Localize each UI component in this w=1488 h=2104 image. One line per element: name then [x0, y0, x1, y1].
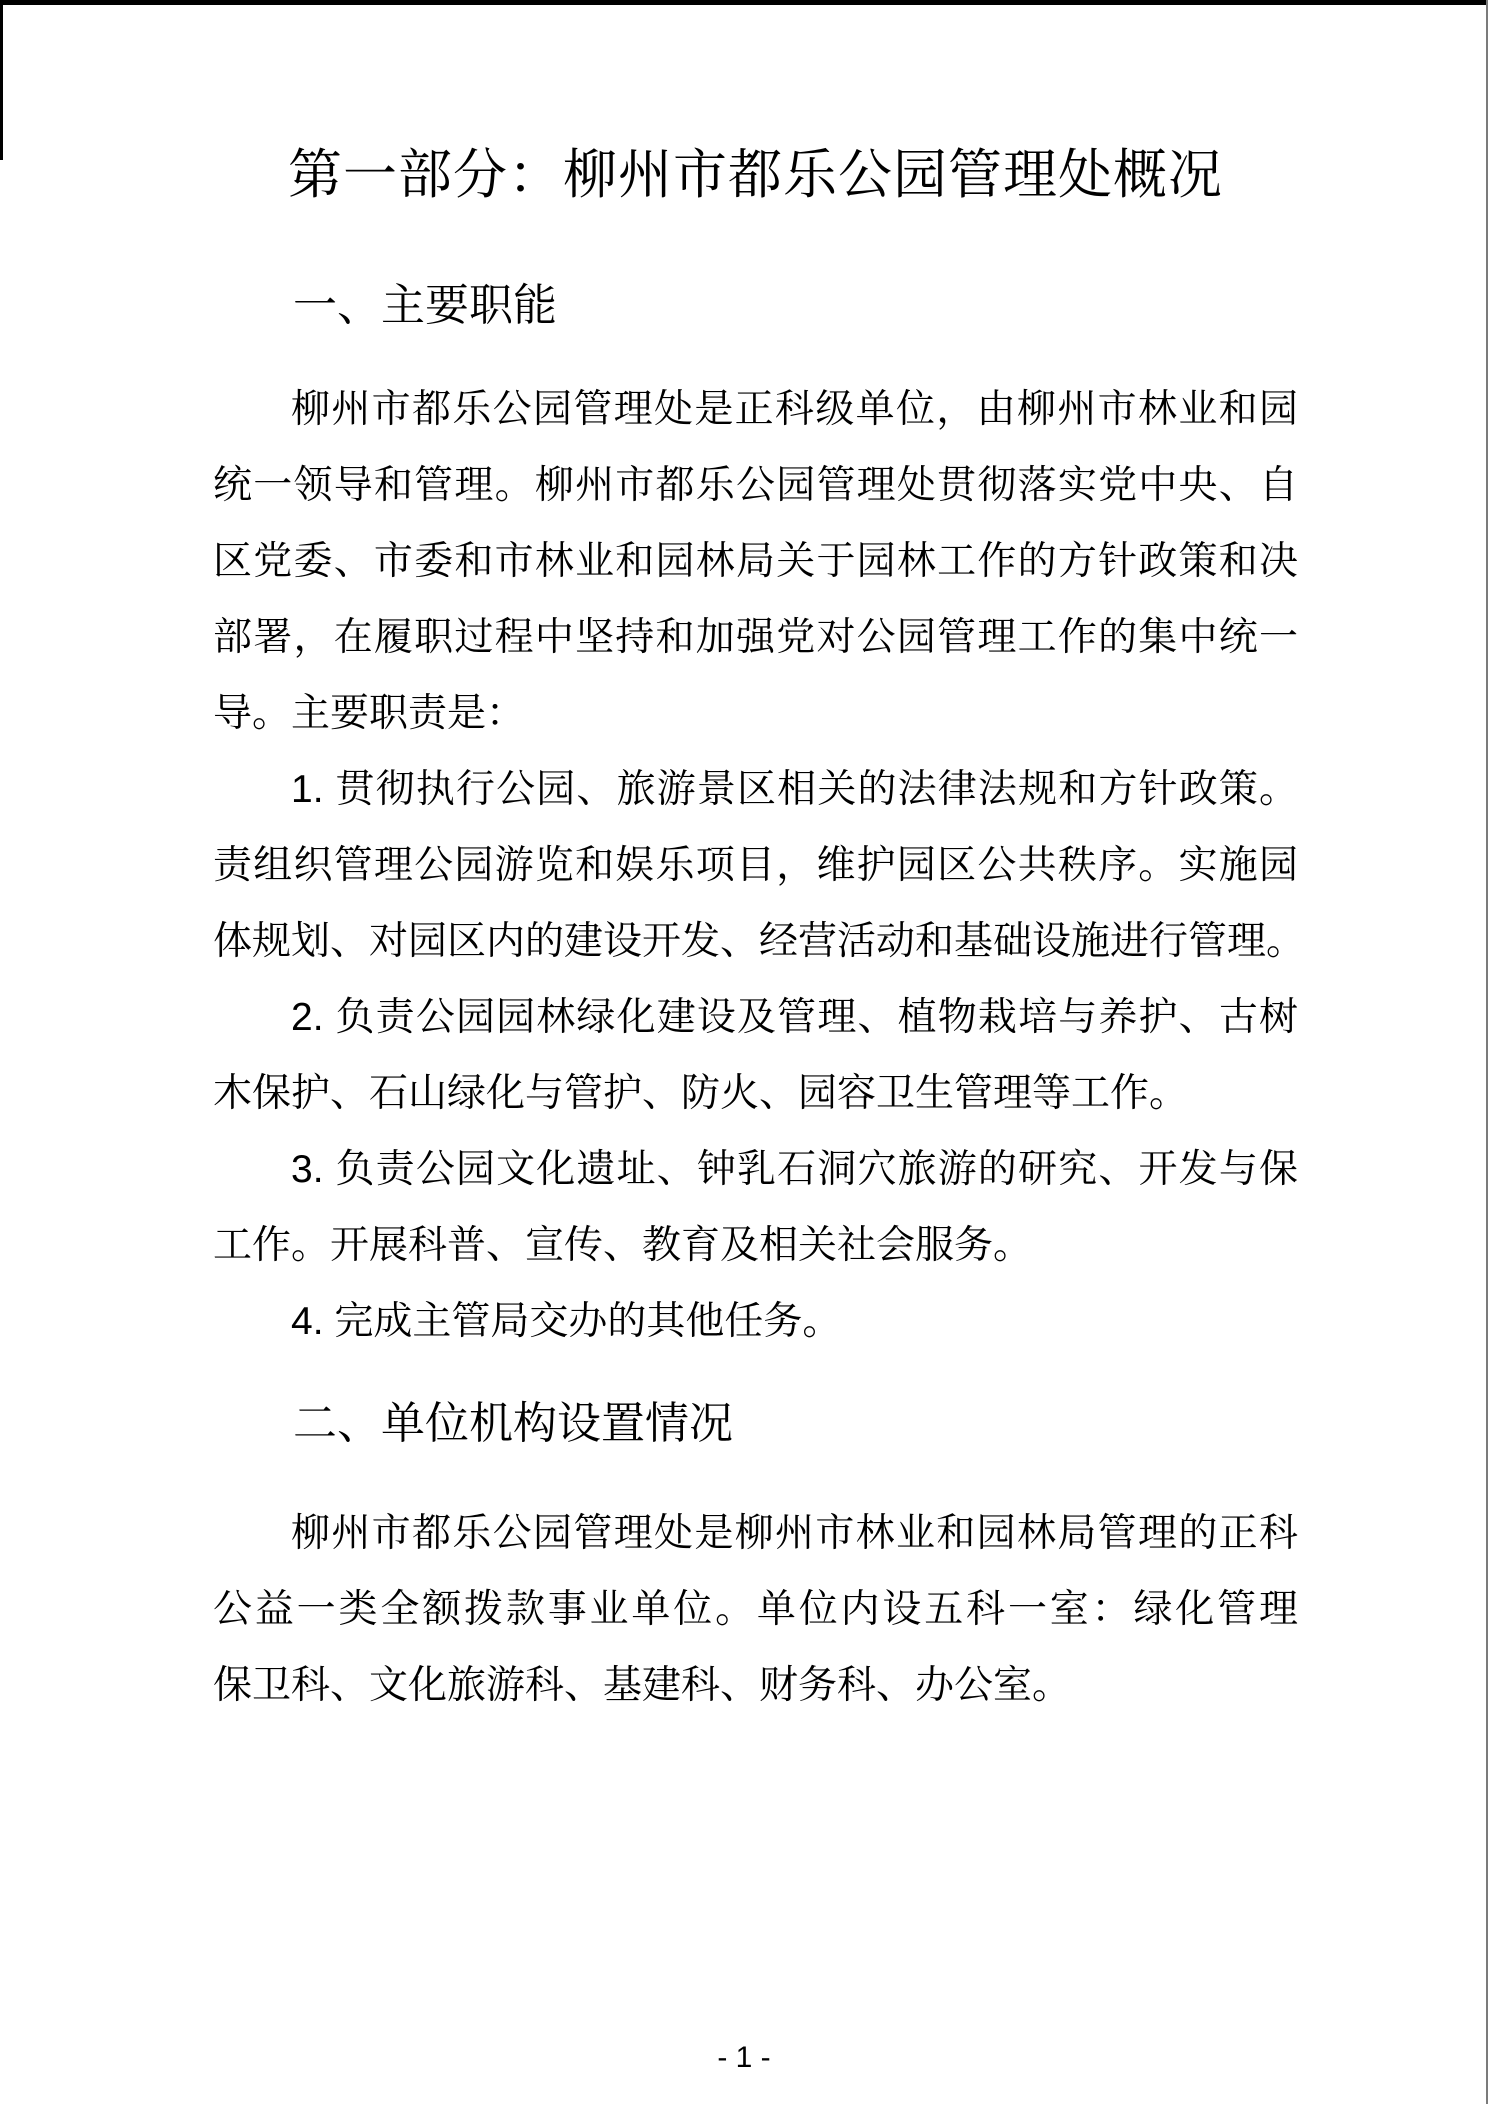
body-line: 部署，在履职过程中坚持和加强党对公园管理工作的集中统一领 — [213, 600, 1298, 676]
body-line: 公益一类全额拨款事业单位。单位内设五科一室：绿化管理科、 — [213, 1572, 1298, 1648]
body-line: 统一领导和管理。柳州市都乐公园管理处贯彻落实党中央、自治 — [213, 448, 1298, 524]
body-line: 柳州市都乐公园管理处是正科级单位，由柳州市林业和园林局 — [213, 372, 1298, 448]
body-line: 工作。开展科普、宣传、教育及相关社会服务。 — [213, 1208, 1298, 1284]
body-line: 2. 负责公园园林绿化建设及管理、植物栽培与养护、古树名 — [213, 980, 1298, 1056]
body-line: 责组织管理公园游览和娱乐项目，维护园区公共秩序。实施园区总 — [213, 828, 1298, 904]
page-number: - 1 - — [0, 2038, 1488, 2078]
body-line: 3. 负责公园文化遗址、钟乳石洞穴旅游的研究、开发与保护 — [213, 1132, 1298, 1208]
paragraph: 柳州市都乐公园管理处是柳州市林业和园林局管理的正科级 公益一类全额拨款事业单位。… — [213, 1496, 1298, 1724]
paragraph: 1. 贯彻执行公园、旅游景区相关的法律法规和方针政策。负 责组织管理公园游览和娱… — [213, 752, 1298, 980]
page-content: 第一部分：柳州市都乐公园管理处概况 一、主要职能 柳州市都乐公园管理处是正科级单… — [0, 0, 1488, 2104]
body-line: 木保护、石山绿化与管护、防火、园容卫生管理等工作。 — [213, 1056, 1298, 1132]
paragraph: 2. 负责公园园林绿化建设及管理、植物栽培与养护、古树名 木保护、石山绿化与管护… — [213, 980, 1298, 1132]
document-title: 第一部分：柳州市都乐公园管理处概况 — [213, 140, 1298, 210]
document-page: { "document": { "title": "第一部分：柳州市都乐公园管理… — [0, 0, 1488, 2104]
section-heading-2: 二、单位机构设置情况 — [213, 1396, 1298, 1452]
body-line: 保卫科、文化旅游科、基建科、财务科、办公室。 — [213, 1648, 1298, 1724]
body-line: 4. 完成主管局交办的其他任务。 — [213, 1284, 1298, 1360]
paragraph: 柳州市都乐公园管理处是正科级单位，由柳州市林业和园林局 统一领导和管理。柳州市都… — [213, 372, 1298, 752]
body-line: 1. 贯彻执行公园、旅游景区相关的法律法规和方针政策。负 — [213, 752, 1298, 828]
body-line: 导。主要职责是： — [213, 676, 1298, 752]
paragraph: 3. 负责公园文化遗址、钟乳石洞穴旅游的研究、开发与保护 工作。开展科普、宣传、… — [213, 1132, 1298, 1284]
section-heading-1: 一、主要职能 — [213, 278, 1298, 334]
body-line: 区党委、市委和市林业和园林局关于园林工作的方针政策和决策 — [213, 524, 1298, 600]
paragraph: 4. 完成主管局交办的其他任务。 — [213, 1284, 1298, 1360]
body-line: 柳州市都乐公园管理处是柳州市林业和园林局管理的正科级 — [213, 1496, 1298, 1572]
body-line: 体规划、对园区内的建设开发、经营活动和基础设施进行管理。 — [213, 904, 1298, 980]
